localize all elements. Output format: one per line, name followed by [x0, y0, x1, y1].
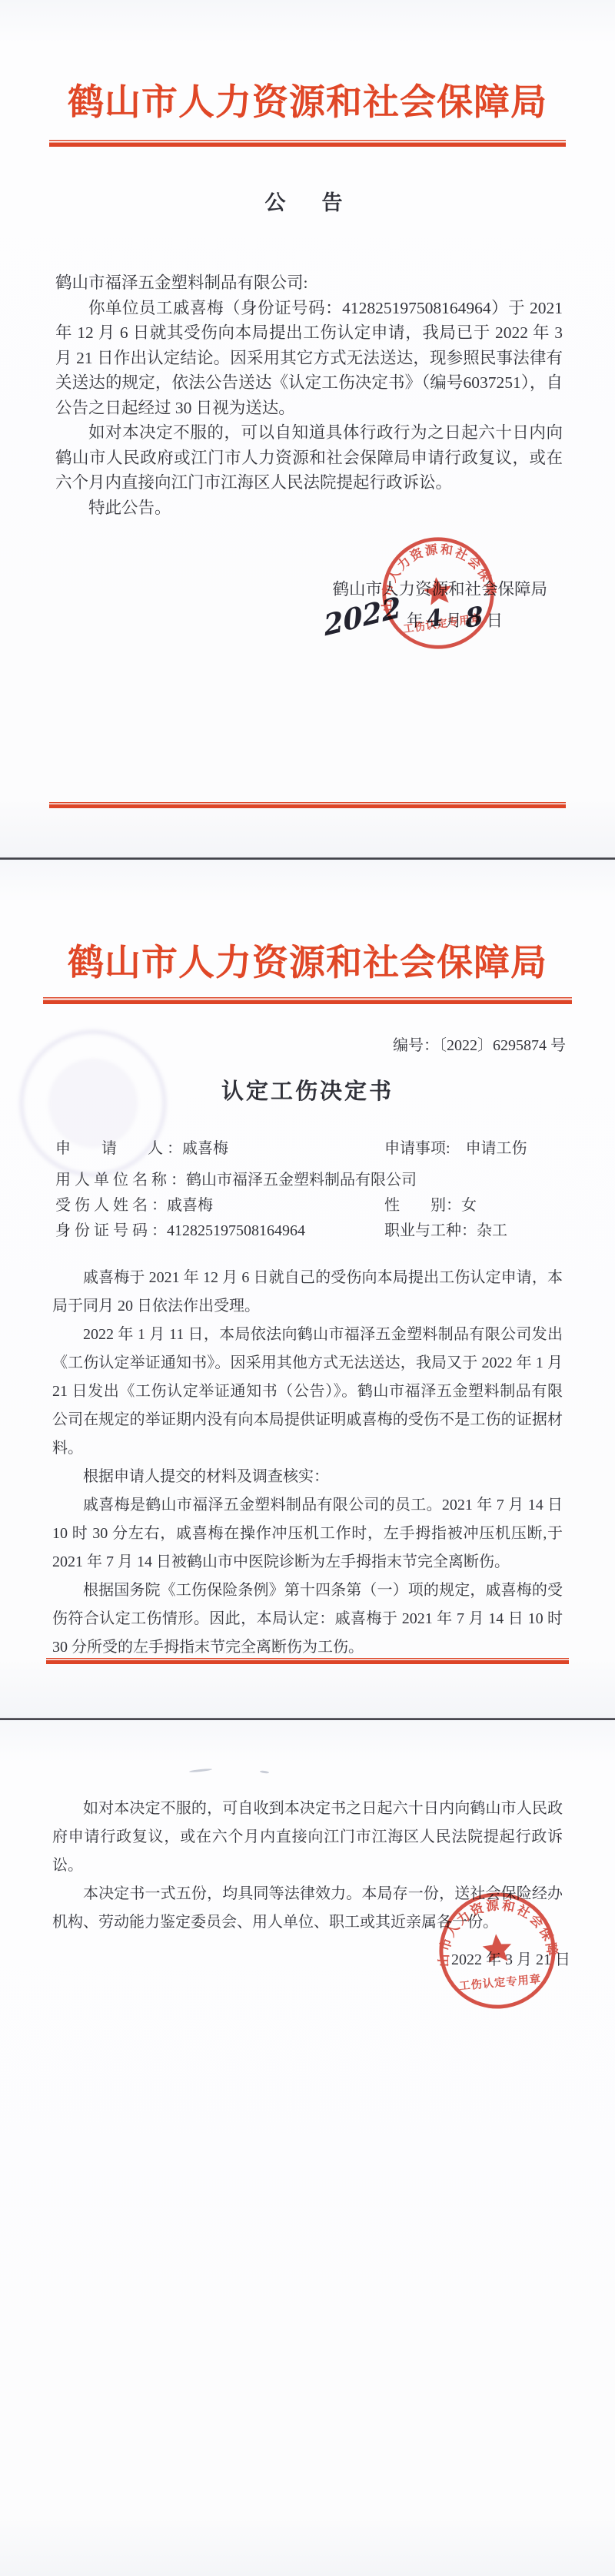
- field-label: 职业与工种：: [384, 1222, 477, 1239]
- decision-paragraph: 戚喜梅于 2021 年 12 月 6 日就自己的受伤向本局提出工伤认定申请，本局…: [52, 1264, 563, 1321]
- letterhead-rule: [49, 140, 566, 147]
- page-footer-rule: [46, 1658, 569, 1664]
- seal-star-icon: [481, 1933, 513, 1964]
- field-value: 申请工伤: [466, 1140, 527, 1157]
- field-value: 杂工: [477, 1222, 507, 1239]
- field-value: 戚喜梅: [182, 1140, 228, 1157]
- scan-smudge: [260, 1770, 269, 1774]
- announcement-paragraph: 如对本决定不服的，可以自知道具体行政行为之日起六十日内向鹤山市人民政府或江门市人…: [55, 420, 563, 496]
- announcement-closing: 特此公告。: [55, 496, 563, 521]
- page-title: 公 告: [0, 186, 615, 216]
- field-label: 用 人 单 位 名 称 ：: [55, 1167, 186, 1189]
- field-row-employer: 用 人 单 位 名 称 ：鹤山市福泽五金塑料制品有限公司: [55, 1167, 569, 1189]
- seal-graphic: 鹤山市人力资源和社会保障局 工伤认定专用章: [431, 1885, 563, 2016]
- scanned-page-3: 如对本决定不服的，可自收到本决定书之日起六十日内向鹤山市人民政府申请行政复议，或…: [0, 1720, 615, 2576]
- decision-paragraph: 根据申请人提交的材料及调查核实：: [52, 1463, 563, 1491]
- field-value: 戚喜梅: [167, 1197, 213, 1214]
- scanned-page-2: 鹤山市人力资源和社会保障局 编号：〔2022〕6295874 号 认定工伤决定书…: [0, 860, 615, 1718]
- agency-letterhead: 鹤山市人力资源和社会保障局: [0, 934, 615, 986]
- field-label: 受 伤 人 姓 名 ：: [55, 1192, 167, 1215]
- decision-paragraph: 根据国务院《工伤保险条例》第十四条第（一）项的规定，戚喜梅的受伤符合认定工伤情形…: [52, 1576, 563, 1662]
- scanned-document: 鹤山市人力资源和社会保障局 公 告 鹤山市福泽五金塑料制品有限公司: 你单位员工…: [0, 0, 615, 2576]
- field-value: 女: [461, 1197, 477, 1214]
- scan-smudge: [189, 1768, 212, 1772]
- seal-center-text: 工伤认定专用章: [459, 1972, 542, 1993]
- field-label: 申 请 人 ：: [55, 1135, 182, 1158]
- field-label: 申请事项:: [384, 1140, 450, 1157]
- field-value: 412825197508164964: [167, 1222, 305, 1239]
- decision-paragraph: 如对本决定不服的，可自收到本决定书之日起六十日内向鹤山市人民政府申请行政复议，或…: [52, 1795, 563, 1880]
- salutation: 鹤山市福泽五金塑料制品有限公司:: [55, 270, 563, 296]
- decision-paragraph: 戚喜梅是鹤山市福泽五金塑料制品有限公司的员工。2021 年 7 月 14 日 1…: [52, 1491, 563, 1576]
- announcement-paragraph: 你单位员工戚喜梅（身份证号码：412825197508164964）于 2021…: [55, 296, 563, 421]
- seal-star-icon: [422, 575, 454, 606]
- agency-letterhead: 鹤山市人力资源和社会保障局: [0, 74, 615, 125]
- field-row-injured-name: 受 伤 人 姓 名 ：戚喜梅 性 别：女: [55, 1192, 569, 1215]
- page-footer-rule: [49, 802, 566, 808]
- announcement-body: 鹤山市福泽五金塑料制品有限公司: 你单位员工戚喜梅（身份证号码：41282519…: [55, 270, 563, 520]
- decision-body: 戚喜梅于 2021 年 12 月 6 日就自己的受伤向本局提出工伤认定申请，本局…: [52, 1264, 563, 1662]
- field-row-applicant: 申 请 人 ：戚喜梅 申请事项: 申请工伤: [55, 1135, 569, 1158]
- decision-paragraph: 2022 年 1 月 11 日，本局依法向鹤山市福泽五金塑料制品有限公司发出《工…: [52, 1321, 563, 1463]
- field-label: 性 别：: [384, 1197, 461, 1214]
- field-row-id-number: 身 份 证 号 码 ：412825197508164964 职业与工种：杂工: [55, 1218, 569, 1240]
- document-number: 编号：〔2022〕6295874 号: [393, 1033, 566, 1055]
- decision-title: 认定工伤决定书: [0, 1074, 615, 1106]
- field-label: 身 份 证 号 码 ：: [55, 1218, 167, 1240]
- official-seal: 鹤山市人力资源和社会保障局 工伤认定专用章: [431, 1885, 563, 2016]
- seal-graphic: 鹤山市人力资源和社会保障局 工伤认定专用章: [372, 527, 504, 659]
- letterhead-rule: [43, 997, 572, 1004]
- official-seal: 鹤山市人力资源和社会保障局 工伤认定专用章: [372, 527, 504, 659]
- seal-center-text: 工伤认定专用章: [402, 612, 482, 635]
- scanned-page-1: 鹤山市人力资源和社会保障局 公 告 鹤山市福泽五金塑料制品有限公司: 你单位员工…: [0, 0, 615, 857]
- field-value: 鹤山市福泽五金塑料制品有限公司: [186, 1172, 417, 1189]
